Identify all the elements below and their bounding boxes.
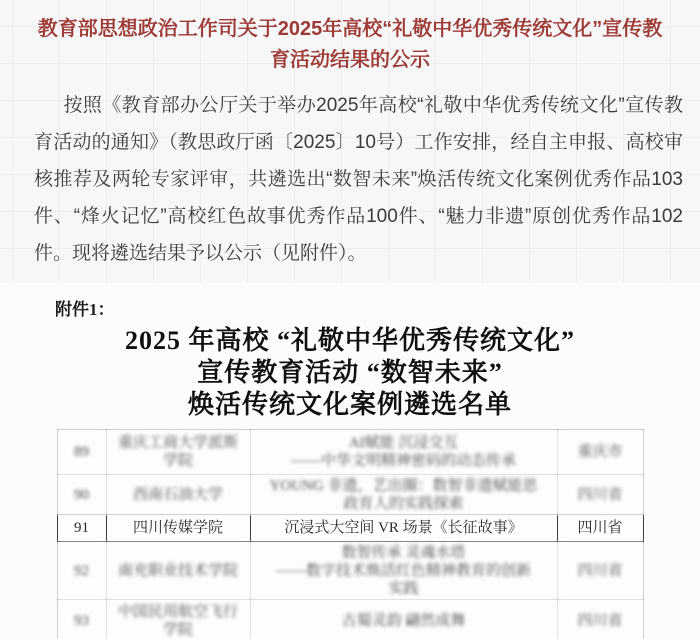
attachment-title: 2025 年高校 “礼敬中华优秀传统文化” 宣传教育活动 “数智未来” 焕活传统… [0,325,700,421]
cell-work-title: 古蜀灵韵 翩然成舞 [250,600,557,639]
table-row: 93 中国民用航空飞行 学院 古蜀灵韵 翩然成舞 四川省 [57,600,643,639]
cell-province: 四川省 [557,542,643,600]
attachment-title-line-2: 宣传教育活动 “数智未来” [0,357,700,389]
notice-body: 按照《教育部办公厅关于举办2025年高校“礼敬中华优秀传统文化”宣传教育活动的通… [0,87,700,272]
attachment-title-line-3: 焕活传统文化案例遴选名单 [0,389,700,421]
cell-number: 93 [57,600,106,639]
selection-list-table: 89 重庆工商大学派斯 学院 AI赋能 沉浸交互 ——中华文明精神密码的动态传承… [57,429,644,639]
table-row-highlighted: 91 四川传媒学院 沉浸式大空间 VR 场景《长征故事》 四川省 [57,515,643,542]
attachment-title-line-1: 2025 年高校 “礼敬中华优秀传统文化” [0,325,700,357]
cell-work-title: 数智传承 灵魂水塔 ——数字技术焕活红色精神教育的创新 实践 [250,542,557,600]
cell-university: 南充职业技术学院 [106,542,250,600]
cell-province: 四川省 [557,600,643,639]
cell-university: 重庆工商大学派斯 学院 [106,430,250,475]
cell-work-title: AI赋能 沉浸交互 ——中华文明精神密码的动态传承 [250,430,557,475]
cell-work-title: YOUNG 非遗，艺出圈：数智非遗赋能思 政育人的实践探索 [250,475,557,515]
cell-number: 90 [57,475,106,515]
table-row: 92 南充职业技术学院 数智传承 灵魂水塔 ——数字技术焕活红色精神教育的创新 … [57,542,643,600]
cell-university: 中国民用航空飞行 学院 [106,600,250,639]
cell-province: 四川省 [557,475,643,515]
cell-province: 四川省 [557,515,643,542]
cell-university: 西南石油大学 [106,475,250,515]
cell-number: 89 [57,430,106,475]
cell-province: 重庆市 [557,430,643,475]
cell-number: 92 [57,542,106,600]
cell-work-title: 沉浸式大空间 VR 场景《长征故事》 [250,515,557,542]
notice-section: 教育部思想政治工作司关于2025年高校“礼敬中华优秀传统文化”宣传教育活动结果的… [0,0,700,283]
cell-university: 四川传媒学院 [106,515,250,542]
attachment-label: 附件1： [0,283,700,320]
notice-title: 教育部思想政治工作司关于2025年高校“礼敬中华优秀传统文化”宣传教育活动结果的… [0,0,700,76]
page: 教育部思想政治工作司关于2025年高校“礼敬中华优秀传统文化”宣传教育活动结果的… [0,0,700,639]
cell-number: 91 [57,515,106,542]
attachment-section: 附件1： 2025 年高校 “礼敬中华优秀传统文化” 宣传教育活动 “数智未来”… [0,283,700,639]
table-row: 89 重庆工商大学派斯 学院 AI赋能 沉浸交互 ——中华文明精神密码的动态传承… [57,430,643,475]
table-row: 90 西南石油大学 YOUNG 非遗，艺出圈：数智非遗赋能思 政育人的实践探索 … [57,475,643,515]
